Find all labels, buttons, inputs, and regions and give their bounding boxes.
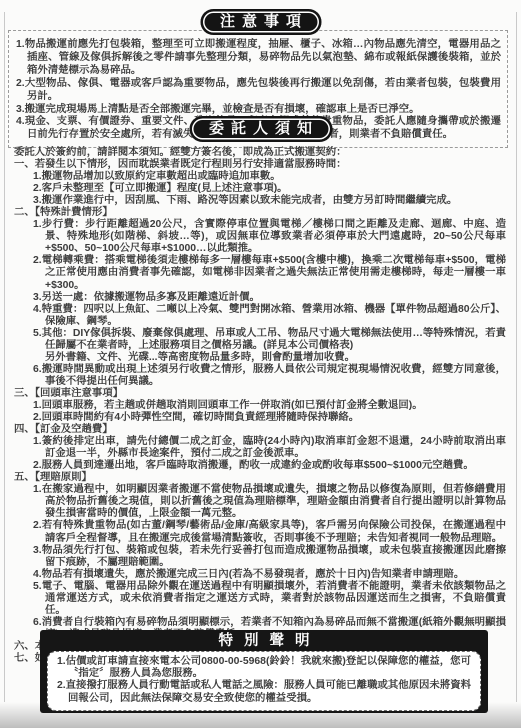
section-label: 二、 (14, 207, 35, 218)
list-item: 2.回頭車時間約有4小時彈性空間，確切時間負責經理將隨時保持聯絡。 (33, 412, 506, 424)
instructions-title-pill: 委託人須知 (189, 116, 332, 142)
list-item: 5.其他：DIY傢俱拆裝、廢棄傢俱處理、吊車或人工吊、物品尺寸過大電梯無法使用…… (33, 328, 506, 364)
declaration-box: 1.估價或訂車請直接來電本公司0800-00-5968(鈴鈴！我就來搬)登記以保… (47, 651, 481, 711)
instructions-intro: 委託人於簽約前，請詳閱本須知。經雙方簽名後，即成為正式搬運契約： (14, 147, 506, 159)
list-item: 6.搬運時間異動或出現上述須另行收費之情形，服務人員依公司規定視現場情況收費，經… (33, 364, 506, 388)
section-items: 1.簽約後排定出車，請先付總價二成之訂金，臨時(24小時內)取消車訂金恕不退還，… (14, 436, 506, 472)
list-item: 1.簽約後排定出車，請先付總價二成之訂金，臨時(24小時內)取消車訂金恕不退還，… (33, 436, 506, 460)
section-label: 七、 (14, 653, 35, 664)
notice-item: 1.物品搬運前應先打包裝箱，整理至可立即搬運程度，抽屜、櫃子、冰箱…內物品應先清… (16, 39, 501, 78)
notice-item: 2.大型物品、傢俱、電器或客戶認為重要物品，應先包裝後再行搬運以免刮傷，若由業者… (16, 78, 501, 104)
list-item: 5.電子、電腦、電器用品除外觀在運送過程中有明顯損壞外，若消費者不能證明，業者未… (33, 581, 506, 617)
section-heading: 【特殊計費情形】 (35, 207, 113, 218)
declaration-title: 特別聲明 (40, 631, 488, 651)
list-item: 3.搬運作業進行中，因刮風、下雨、路況等因素以致未能完成者，由雙方另訂時間繼續完… (33, 195, 506, 207)
list-item: 2.電梯轉乘費：搭乘電梯後須走樓梯每多一層樓每車+$500(含樓中樓)，換乘二次… (33, 255, 506, 291)
section-items: 1.回頭車服務，若主趟或併趟取消則回頭車工作一併取消(如已預付訂金將全數退回)。… (14, 400, 506, 424)
list-item: 1.在搬家過程中，如明顯因業者搬運不當使物品損壞或遺失，損壞之物品以修復為原則，… (33, 484, 506, 520)
list-item: 1.步行費：步行距離超過20公尺，含實際停車位置與電梯／樓梯口間之距離及走廊、迴… (33, 219, 506, 255)
list-item: 2.客戶未整理至【可立即搬運】程度(見上述注意事項)。 (33, 183, 506, 195)
section-heading-row: 一、若發生以下情形，因而耽誤業者既定行程則另行安排適當服務時間： (14, 159, 506, 171)
section-label: 六、 (14, 641, 35, 652)
section-heading: 【回頭車注意事項】 (35, 388, 123, 399)
section-heading-row: 四、【訂金及空趟費】 (14, 424, 506, 436)
section-items: 1.步行費：步行距離超過20公尺，含實際停車位置與電梯／樓梯口間之距離及走廊、迴… (14, 219, 506, 388)
list-item: 3.物品須先行打包、裝箱或包裝，若未先行妥善打包而造成搬運物品損壞，或未包裝直接… (33, 545, 506, 569)
notice-title-pill: 注意事項 (200, 9, 321, 35)
page-right-edge (516, 12, 517, 728)
declaration-item: 2.直接撥打服務人員行動電話或私人電話之風險：服務人員可能已離職或其他原因未將資… (57, 680, 471, 704)
section-heading: 【理賠原則】 (35, 472, 92, 483)
instructions-body: 委託人於簽約前，請詳閱本須知。經雙方簽名後，即成為正式搬運契約： 一、若發生以下… (14, 147, 506, 665)
section-heading: 【訂金及空趟費】 (35, 424, 113, 435)
section-label: 三、 (14, 388, 35, 399)
list-item: 4.物品若有損壞遺失，應於搬運完成三日內(若為不易發現者，應於十日內)告知業者申… (33, 569, 506, 581)
declaration-item: 1.估價或訂車請直接來電本公司0800-00-5968(鈴鈴！我就來搬)登記以保… (57, 656, 471, 680)
declaration-panel: 特別聲明 1.估價或訂車請直接來電本公司0800-00-5968(鈴鈴！我就來搬… (40, 630, 488, 713)
section-items: 1.在搬家過程中，如明顯因業者搬運不當使物品損壞或遺失，損壞之物品以修復為原則，… (14, 484, 506, 641)
page-left-edge (4, 12, 5, 728)
section-heading-row: 三、【回頭車注意事項】 (14, 388, 506, 400)
notice-title: 注意事項 (220, 13, 308, 30)
section-label: 五、 (14, 472, 35, 483)
instructions-title: 委託人須知 (209, 120, 319, 137)
section-label: 四、 (14, 424, 35, 435)
list-item: 1.回頭車服務，若主趟或併趟取消則回頭車工作一併取消(如已預付訂金將全數退回)。 (33, 400, 506, 412)
section-heading-row: 二、【特殊計費情形】 (14, 207, 506, 219)
list-item: 4.特重費：四呎以上魚缸、二噸以上冷氣、雙門對開冰箱、營業用冰箱、機器【單件物品… (33, 304, 506, 328)
contract-page: 注意事項 1.物品搬運前應先打包裝箱，整理至可立即搬運程度，抽屜、櫃子、冰箱…內… (0, 0, 521, 728)
list-item: 2.服務人員到達遷出地，客戶臨時取消搬遷，酌收一成違約金或酌收每車$500~$1… (33, 460, 506, 472)
notice-item: 3.搬運完成現場馬上清點是否全部搬運完畢，並檢查是否有損壞，確認車上是否已淨空。 (16, 104, 501, 117)
list-item: 2.若有特殊貴重物品(如古董/鋼琴/藝術品/金庫/高級家具等)，客戶需另向保險公… (33, 520, 506, 544)
section-items: 1.搬運物品增加以致原約定車數超出或臨時追加車數。 2.客戶未整理至【可立即搬運… (14, 171, 506, 207)
section-heading: 若發生以下情形，因而耽誤業者既定行程則另行安排適當服務時間： (35, 159, 347, 170)
list-item: 1.搬運物品增加以致原約定車數超出或臨時追加車數。 (33, 171, 506, 183)
section-heading-row: 五、【理賠原則】 (14, 472, 506, 484)
list-item: 3.另送一處：依據搬運物品多寡及距離遠近計價。 (33, 292, 506, 304)
section-label: 一、 (14, 159, 35, 170)
